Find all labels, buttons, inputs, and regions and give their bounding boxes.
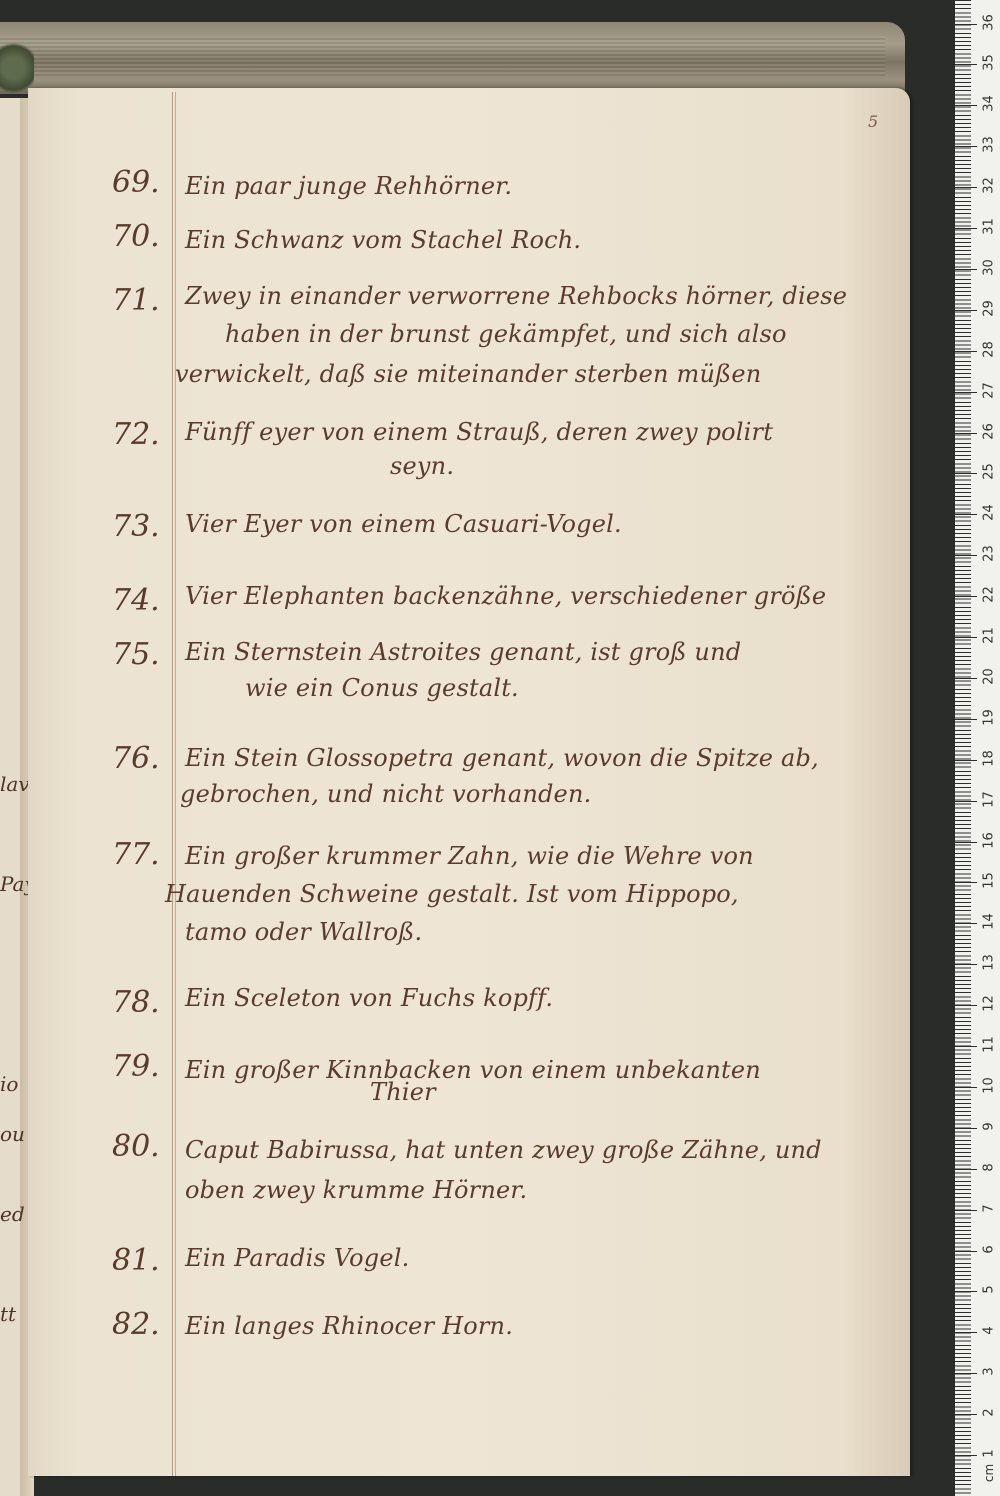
ruler-cm-mark [955, 1414, 977, 1415]
entry-text: Thier [370, 1078, 436, 1106]
ruler-cm-label: 5 [982, 1280, 997, 1300]
facing-page [0, 98, 22, 1496]
ruler-cm-mark [955, 596, 977, 597]
ruler-cm-mark [955, 392, 977, 393]
ruler-cm-label: 32 [982, 176, 997, 196]
entry-number: 70. [112, 222, 170, 252]
ruler-cm-label: 27 [982, 380, 997, 400]
facing-page-fragment: lav [0, 772, 30, 796]
book-edge-top [0, 22, 905, 94]
entry-number: 73. [112, 512, 170, 542]
entry-number: 78. [112, 988, 170, 1018]
entry-text: gebrochen, und nicht vorhanden. [180, 780, 591, 808]
ruler-cm-mark [955, 1455, 977, 1456]
ruler-cm-mark [955, 842, 977, 843]
ruler-cm-mark [955, 1332, 977, 1333]
ruler-cm-label: 36 [982, 12, 997, 32]
ruler-cm-label: 7 [982, 1198, 997, 1218]
ruler-cm-mark [955, 637, 977, 638]
ruler-cm-label: 12 [982, 994, 997, 1014]
ruler-cm-mark [955, 1046, 977, 1047]
facing-page-fragment: tt [0, 1302, 16, 1326]
entry-number: 74. [112, 586, 170, 616]
entry-text: Vier Elephanten backenzähne, verschieden… [185, 582, 826, 610]
ruler-cm-mark [955, 760, 977, 761]
ruler-cm-label: 13 [982, 953, 997, 973]
ruler-cm-mark [955, 146, 977, 147]
ruler-unit-label: cm [982, 1463, 996, 1483]
entry-text: oben zwey krumme Hörner. [185, 1176, 527, 1204]
ruler-cm-label: 24 [982, 503, 997, 523]
entry-number: 79. [112, 1052, 170, 1082]
entry-text: Ein Schwanz vom Stachel Roch. [185, 226, 581, 254]
entry-number: 75. [112, 640, 170, 670]
ruler-cm-label: 2 [982, 1403, 997, 1423]
entry-number: 69. [112, 168, 170, 198]
ruler-cm-label: 34 [982, 94, 997, 114]
entry-text: verwickelt, daß sie miteinander sterben … [175, 360, 761, 388]
entry-text: haben in der brunst gekämpfet, und sich … [225, 320, 787, 348]
ruler-cm-label: 3 [982, 1362, 997, 1382]
entry-text: Ein paar junge Rehhörner. [185, 172, 512, 200]
entry-text: Ein Sceleton von Fuchs kopff. [185, 984, 553, 1012]
ruler-cm-mark [955, 1087, 977, 1088]
ruler-cm-label: 18 [982, 748, 997, 768]
ruler-cm-mark [955, 64, 977, 65]
ruler-cm-mark [955, 719, 977, 720]
ruler-cm-mark [955, 24, 977, 25]
entry-number: 77. [112, 840, 170, 870]
ruler-cm-mark [955, 228, 977, 229]
ruler-cm-label: 9 [982, 1116, 997, 1136]
entry-text: Ein großer krummer Zahn, wie die Wehre v… [185, 842, 754, 870]
entry-number: 72. [112, 420, 170, 450]
ruler-cm-label: 6 [982, 1239, 997, 1259]
entry-number: 81. [112, 1246, 170, 1276]
ruler-cm-label: 33 [982, 135, 997, 155]
ruler-cm-mark [955, 1169, 977, 1170]
entry-text: tamo oder Wallroß. [185, 918, 422, 946]
ruler-cm-label: 26 [982, 421, 997, 441]
entry-text: seyn. [390, 452, 454, 480]
ruler-cm-mark [955, 1128, 977, 1129]
entry-text: Ein Paradis Vogel. [185, 1244, 409, 1272]
ruler-cm-mark [955, 351, 977, 352]
ruler-cm-mark [955, 310, 977, 311]
ruler-ticks [955, 0, 971, 1496]
facing-page-fragment: ed [0, 1202, 25, 1226]
ruler-cm-label: 22 [982, 585, 997, 605]
ruler-cm-label: 14 [982, 912, 997, 932]
ruler-cm-label: 25 [982, 462, 997, 482]
entry-text: Fünff eyer von einem Strauß, deren zwey … [185, 418, 773, 446]
ruler-cm-label: 1 [982, 1444, 997, 1464]
ruler-cm-label: 30 [982, 257, 997, 277]
ruler-cm-label: 8 [982, 1157, 997, 1177]
folio-number: 5 [868, 112, 878, 131]
entry-text: Vier Eyer von einem Casuari-Vogel. [185, 510, 622, 538]
ruler-cm-mark [955, 555, 977, 556]
ruler-cm-mark [955, 1373, 977, 1374]
ruler-cm-mark [955, 923, 977, 924]
ruler-cm-mark [955, 964, 977, 965]
ruler-cm-mark [955, 1291, 977, 1292]
ruler-cm-label: 31 [982, 217, 997, 237]
ruler-cm-mark [955, 1210, 977, 1211]
entry-text: Caput Babirussa, hat unten zwey große Zä… [185, 1136, 822, 1164]
entry-text: Ein großer Kinnbacken von einem unbekant… [185, 1056, 761, 1084]
entry-text: Ein Stein Glossopetra genant, wovon die … [185, 744, 819, 772]
ruler-cm-mark [955, 269, 977, 270]
ruler-cm-label: 19 [982, 707, 997, 727]
entry-number: 71. [112, 286, 170, 316]
manuscript-scan: lav Pays io ou ed tt 5 69. Ein paar jung… [0, 0, 1000, 1496]
ruler-cm-label: 15 [982, 871, 997, 891]
entry-text: Hauenden Schweine gestalt. Ist vom Hippo… [165, 880, 739, 908]
ruler-cm-label: 17 [982, 789, 997, 809]
ruler-cm-mark [955, 1005, 977, 1006]
ruler-cm-mark [955, 105, 977, 106]
ruler-cm-label: 10 [982, 1075, 997, 1095]
margin-rule-line [172, 92, 176, 1476]
entry-text: Ein Sternstein Astroites genant, ist gro… [185, 638, 741, 666]
ruler-cm-label: 11 [982, 1035, 997, 1055]
measurement-ruler: 1234567891011121314151617181920212223242… [955, 0, 1000, 1496]
ruler-cm-label: 29 [982, 298, 997, 318]
ruler-cm-label: 28 [982, 339, 997, 359]
ruler-cm-label: 20 [982, 666, 997, 686]
ruler-cm-label: 23 [982, 544, 997, 564]
ruler-cm-mark [955, 801, 977, 802]
entry-text: Ein langes Rhinocer Horn. [185, 1312, 513, 1340]
ruler-cm-mark [955, 514, 977, 515]
facing-page-fragment: io [0, 1072, 18, 1096]
entry-number: 76. [112, 744, 170, 774]
ruler-cm-mark [955, 433, 977, 434]
entry-text: Zwey in einander verworrene Rehbocks hör… [185, 282, 847, 310]
ruler-cm-mark [955, 473, 977, 474]
ruler-cm-mark [955, 187, 977, 188]
ruler-cm-label: 35 [982, 53, 997, 73]
entry-text: wie ein Conus gestalt. [245, 674, 519, 702]
ruler-cm-mark [955, 882, 977, 883]
ruler-cm-label: 16 [982, 830, 997, 850]
ruler-cm-mark [955, 678, 977, 679]
entry-number: 80. [112, 1132, 170, 1162]
ruler-cm-label: 21 [982, 626, 997, 646]
entry-number: 82. [112, 1310, 170, 1340]
ruler-cm-label: 4 [982, 1321, 997, 1341]
facing-page-fragment: ou [0, 1122, 25, 1146]
ruler-cm-mark [955, 1251, 977, 1252]
